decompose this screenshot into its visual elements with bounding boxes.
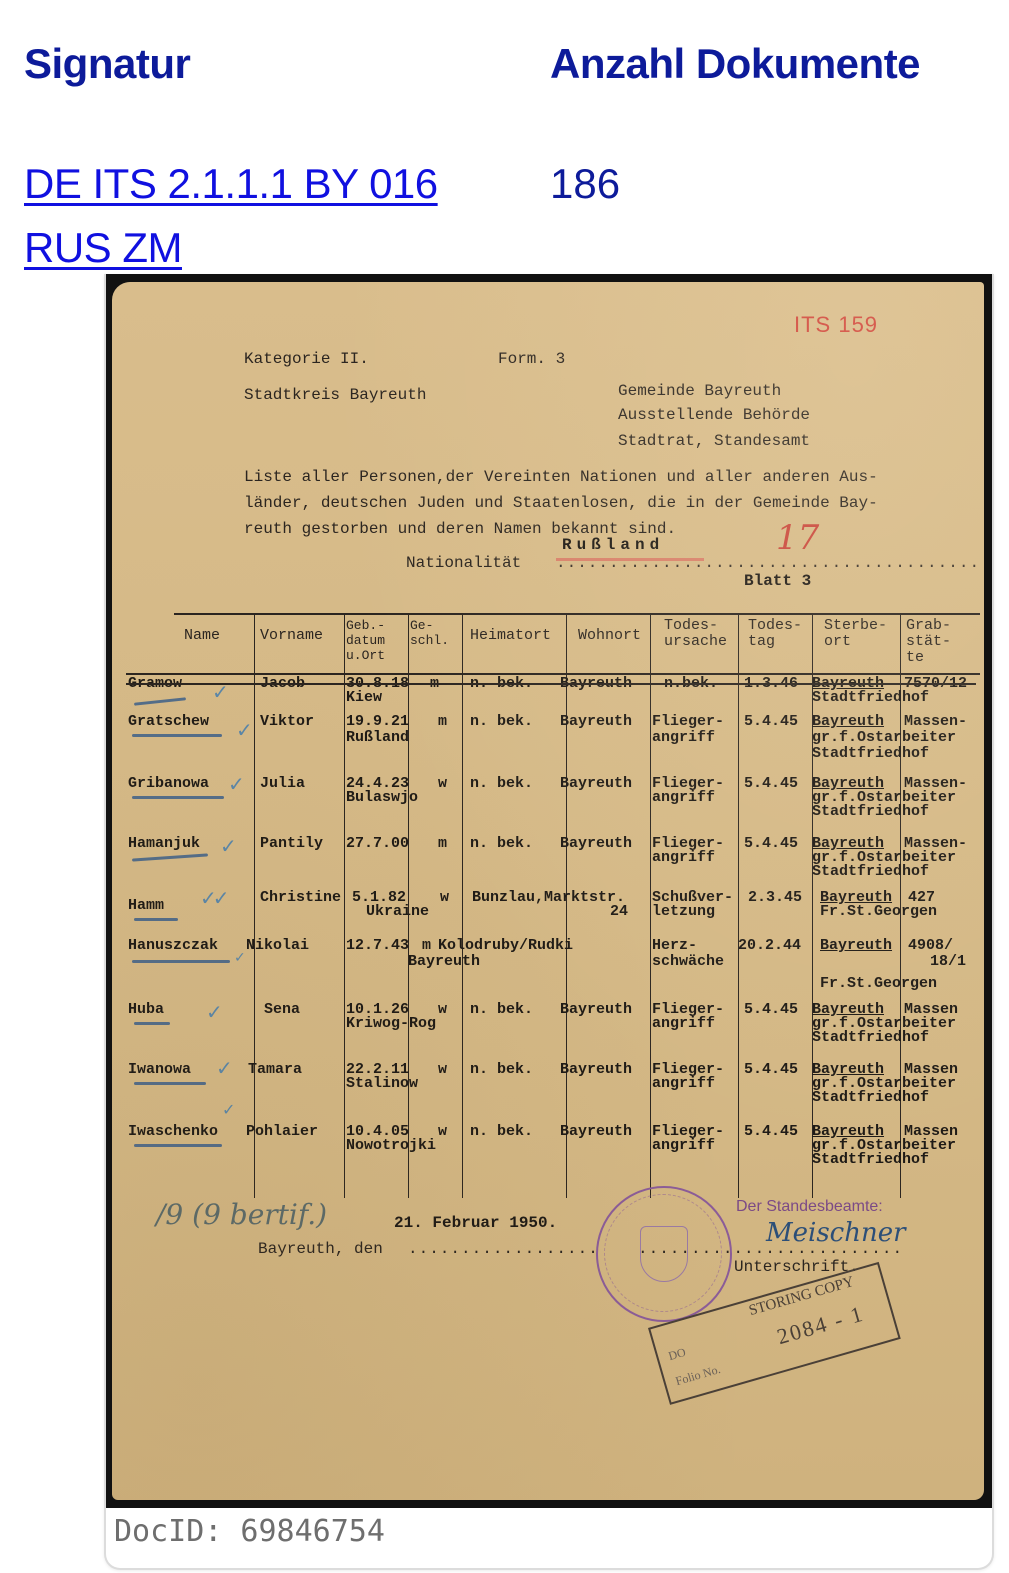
row-name: Hamanjuk xyxy=(128,836,200,852)
row-tag: 5.4.45 xyxy=(744,1062,798,1078)
row-geb: 19.9.21 xyxy=(346,714,409,730)
col-divider xyxy=(650,614,651,1198)
row-tag: 5.4.45 xyxy=(744,836,798,852)
row-grab: Massen- xyxy=(904,714,967,730)
blue-underline xyxy=(134,918,178,921)
row-grab: Massen xyxy=(904,1124,958,1140)
row-wohnort: Bayreuth xyxy=(560,714,632,730)
row-geschl: w xyxy=(438,776,447,792)
checkmark-icon: ✓ xyxy=(220,834,237,858)
handwritten-number: 17 xyxy=(776,518,819,558)
row-vorname: Viktor xyxy=(260,714,314,730)
row-ursache-2: schwäche xyxy=(652,954,724,970)
row-ursache-2: angriff xyxy=(652,1076,715,1092)
row-heimatort: Kolodruby/Rudki xyxy=(438,938,573,954)
nationality-value: Rußland xyxy=(562,536,664,554)
row-grab: Massen xyxy=(904,1062,958,1078)
signer-label: Der Standesbeamte: xyxy=(736,1198,883,1216)
th-grabstaette: Grab-stät-te xyxy=(906,618,960,666)
row-geb-ort: Kriwog-Rog xyxy=(346,1016,436,1032)
col-divider xyxy=(462,614,463,1198)
row-sterbeort: Bayreuth xyxy=(820,938,892,954)
row-vorname: Christine xyxy=(260,890,341,906)
behoerde-label: Ausstellende Behörde xyxy=(618,406,810,424)
row-tag: 5.4.45 xyxy=(744,776,798,792)
row-name: Gratschew xyxy=(128,714,209,730)
col-divider xyxy=(738,614,739,1198)
checkmark-icon: ✓ xyxy=(228,772,245,796)
row-grab: Massen- xyxy=(904,836,967,852)
row-grab: Massen xyxy=(904,1002,958,1018)
row-geschl: w xyxy=(440,890,449,906)
checkmark-icon: ✓✓ xyxy=(200,886,226,910)
its-stamp: ITS 159 xyxy=(794,312,878,338)
gemeinde: Gemeinde Bayreuth xyxy=(618,382,781,400)
place-label: Bayreuth, den xyxy=(258,1240,383,1258)
th-todesursache: Todes-ursache xyxy=(664,618,736,650)
row-geschl: m xyxy=(422,938,431,954)
blue-underline xyxy=(134,697,186,705)
row-ursache: Herz- xyxy=(652,938,697,954)
row-wohnort: Bayreuth xyxy=(560,1062,632,1078)
row-geb-ort: Bulaswjo xyxy=(346,790,418,806)
col-divider xyxy=(254,614,255,1198)
row-grab: 4908/ xyxy=(908,938,953,954)
checkmark-icon: ✓ xyxy=(206,1000,223,1024)
row-ursache-2: angriff xyxy=(652,1016,715,1032)
row-sterbeort-3: Stadtfriedhof xyxy=(812,746,929,762)
th-wohnort: Wohnort xyxy=(578,628,641,644)
handwritten-note: /9 (9 bertif.) xyxy=(156,1198,327,1231)
row-heimatort: n. bek. xyxy=(470,714,533,730)
row-vorname: Nikolai xyxy=(246,938,309,954)
nationality-dots: ........................................… xyxy=(556,554,984,572)
strikethrough-line xyxy=(126,683,976,685)
table-top-rule xyxy=(174,613,980,615)
checkmark-icon: ✓ xyxy=(216,1056,233,1080)
row-wohnort: Bayreuth xyxy=(560,776,632,792)
row-geb-ort: Rußland xyxy=(346,730,409,746)
row-geb-ort: Bayreuth xyxy=(408,954,480,970)
row-tag: 2.3.45 xyxy=(748,890,802,906)
row-wohnort: 24 xyxy=(610,904,628,920)
stamp-folio: Folio No. xyxy=(674,1362,722,1389)
row-tag: 20.2.44 xyxy=(738,938,801,954)
row-grab-2: 18/1 xyxy=(930,954,966,970)
blue-underline xyxy=(134,1144,222,1147)
blue-underline xyxy=(132,853,208,861)
row-geb-ort: Nowotrojki xyxy=(346,1138,436,1154)
blue-underline xyxy=(132,796,224,799)
row-ursache-2: angriff xyxy=(652,730,715,746)
row-heimatort: n. bek. xyxy=(470,1124,533,1140)
form-number: Form. 3 xyxy=(498,350,565,368)
row-geschl: w xyxy=(438,1062,447,1078)
stadtkreis: Stadtkreis Bayreuth xyxy=(244,386,426,404)
row-vorname: Pantily xyxy=(260,836,323,852)
col-divider xyxy=(344,614,345,1198)
row-sterbeort-3: Stadtfriedhof xyxy=(812,864,929,880)
row-heimatort: n. bek. xyxy=(470,776,533,792)
row-sterbeort-3: Stadtfriedhof xyxy=(812,1090,929,1106)
checkmark-icon: ✓ xyxy=(222,1100,235,1119)
row-heimatort: n. bek. xyxy=(470,836,533,852)
row-grab: Massen- xyxy=(904,776,967,792)
row-name: Gribanowa xyxy=(128,776,209,792)
row-geschl: w xyxy=(438,1002,447,1018)
row-name: Huba xyxy=(128,1002,164,1018)
th-geburtsdatum: Geb.-datum u.Ort xyxy=(346,618,406,663)
row-sterbeort-3: Stadtfriedhof xyxy=(812,804,929,820)
row-tag: 5.4.45 xyxy=(744,1124,798,1140)
row-sterbeort-2: Fr.St.Georgen xyxy=(820,904,937,920)
blatt-number: Blatt 3 xyxy=(744,572,811,590)
column-header-document-count: Anzahl Dokumente xyxy=(550,40,920,88)
official-round-stamp xyxy=(596,1186,732,1322)
row-geschl: w xyxy=(438,1124,447,1140)
document-scan-image[interactable]: ITS 159 Kategorie II. Form. 3 Stadtkreis… xyxy=(106,274,992,1508)
row-geb-ort: Stalinow xyxy=(346,1076,418,1092)
row-ursache: Flieger- xyxy=(652,714,724,730)
row-wohnort: Bayreuth xyxy=(560,1002,632,1018)
blue-underline xyxy=(134,1082,206,1085)
row-heimatort: n. bek. xyxy=(470,1002,533,1018)
row-geb: 27.7.00 xyxy=(346,836,409,852)
document-paper: ITS 159 Kategorie II. Form. 3 Stadtkreis… xyxy=(112,282,984,1500)
th-todestag: Todes-tag xyxy=(748,618,810,650)
column-header-signatur: Signatur xyxy=(24,40,190,88)
coat-of-arms-icon xyxy=(640,1226,688,1282)
row-sterbeort-2: Stadtfriedhof xyxy=(812,690,929,706)
row-sterbeort: Bayreuth xyxy=(812,714,884,730)
blue-underline xyxy=(132,734,222,737)
behoerde: Stadtrat, Standesamt xyxy=(618,432,810,450)
row-sterbeort-3: Stadtfriedhof xyxy=(812,1152,929,1168)
row-wohnort: Bayreuth xyxy=(560,1124,632,1140)
nationality-label: Nationalität xyxy=(406,554,521,572)
document-date: 21. Februar 1950. xyxy=(394,1214,557,1232)
col-divider xyxy=(566,614,567,1198)
row-grab: 427 xyxy=(908,890,935,906)
stamp-doc: DO xyxy=(667,1345,688,1364)
signatur-link[interactable]: DE ITS 2.1.1.1 BY 016 RUS ZM xyxy=(24,152,484,280)
row-heimatort: Bunzlau,Marktstr. xyxy=(472,890,625,906)
row-ursache-2: angriff xyxy=(652,850,715,866)
row-geschl: m xyxy=(438,836,447,852)
row-name: Hanuszczak xyxy=(128,938,218,954)
row-geschl: m xyxy=(438,714,447,730)
kategorie: Kategorie II. xyxy=(244,350,369,368)
row-ursache-2: letzung xyxy=(652,904,715,920)
th-geschlecht: Ge-schl. xyxy=(410,618,460,648)
th-name: Name xyxy=(184,628,220,644)
th-sterbeort: Sterbe-ort xyxy=(824,618,898,650)
intro-line-2: länder, deutschen Juden und Staatenlosen… xyxy=(244,494,878,512)
th-heimatort: Heimatort xyxy=(470,628,551,644)
document-card: ITS 159 Kategorie II. Form. 3 Stadtkreis… xyxy=(104,274,994,1570)
row-vorname: Sena xyxy=(264,1002,300,1018)
row-tag: 5.4.45 xyxy=(744,714,798,730)
place-dots: .................. xyxy=(408,1240,599,1258)
row-name: Iwaschenko xyxy=(128,1124,218,1140)
blue-underline xyxy=(134,1022,170,1025)
document-count: 186 xyxy=(550,152,620,216)
row-sterbeort-2: gr.f.Ostarbeiter xyxy=(812,730,956,746)
row-wohnort: Bayreuth xyxy=(560,836,632,852)
row-geb-ort: Kiew xyxy=(346,690,382,706)
row-sterbeort-2: Fr.St.Georgen xyxy=(820,976,937,992)
th-vorname: Vorname xyxy=(260,628,323,644)
row-heimatort: n. bek. xyxy=(470,1062,533,1078)
row-name: Iwanowa xyxy=(128,1062,191,1078)
checkmark-icon: ✓ xyxy=(236,718,253,742)
intro-line-1: Liste aller Personen,der Vereinten Natio… xyxy=(244,468,878,486)
row-geb: 12.7.43 xyxy=(346,938,409,954)
row-vorname: Tamara xyxy=(248,1062,302,1078)
row-ursache-2: angriff xyxy=(652,790,715,806)
row-sterbeort-3: Stadtfriedhof xyxy=(812,1030,929,1046)
row-tag: 5.4.45 xyxy=(744,1002,798,1018)
row-vorname: Pohlaier xyxy=(246,1124,318,1140)
doc-id: DocID: 69846754 xyxy=(114,1514,385,1549)
checkmark-icon: ✓ xyxy=(234,950,246,966)
checkmark-icon: ✓ xyxy=(212,680,229,704)
row-geb-ort: Ukraine xyxy=(366,904,429,920)
row-ursache-2: angriff xyxy=(652,1138,715,1154)
blue-underline xyxy=(132,960,230,963)
row-name: Hamm xyxy=(128,898,164,914)
row-vorname: Julia xyxy=(260,776,305,792)
